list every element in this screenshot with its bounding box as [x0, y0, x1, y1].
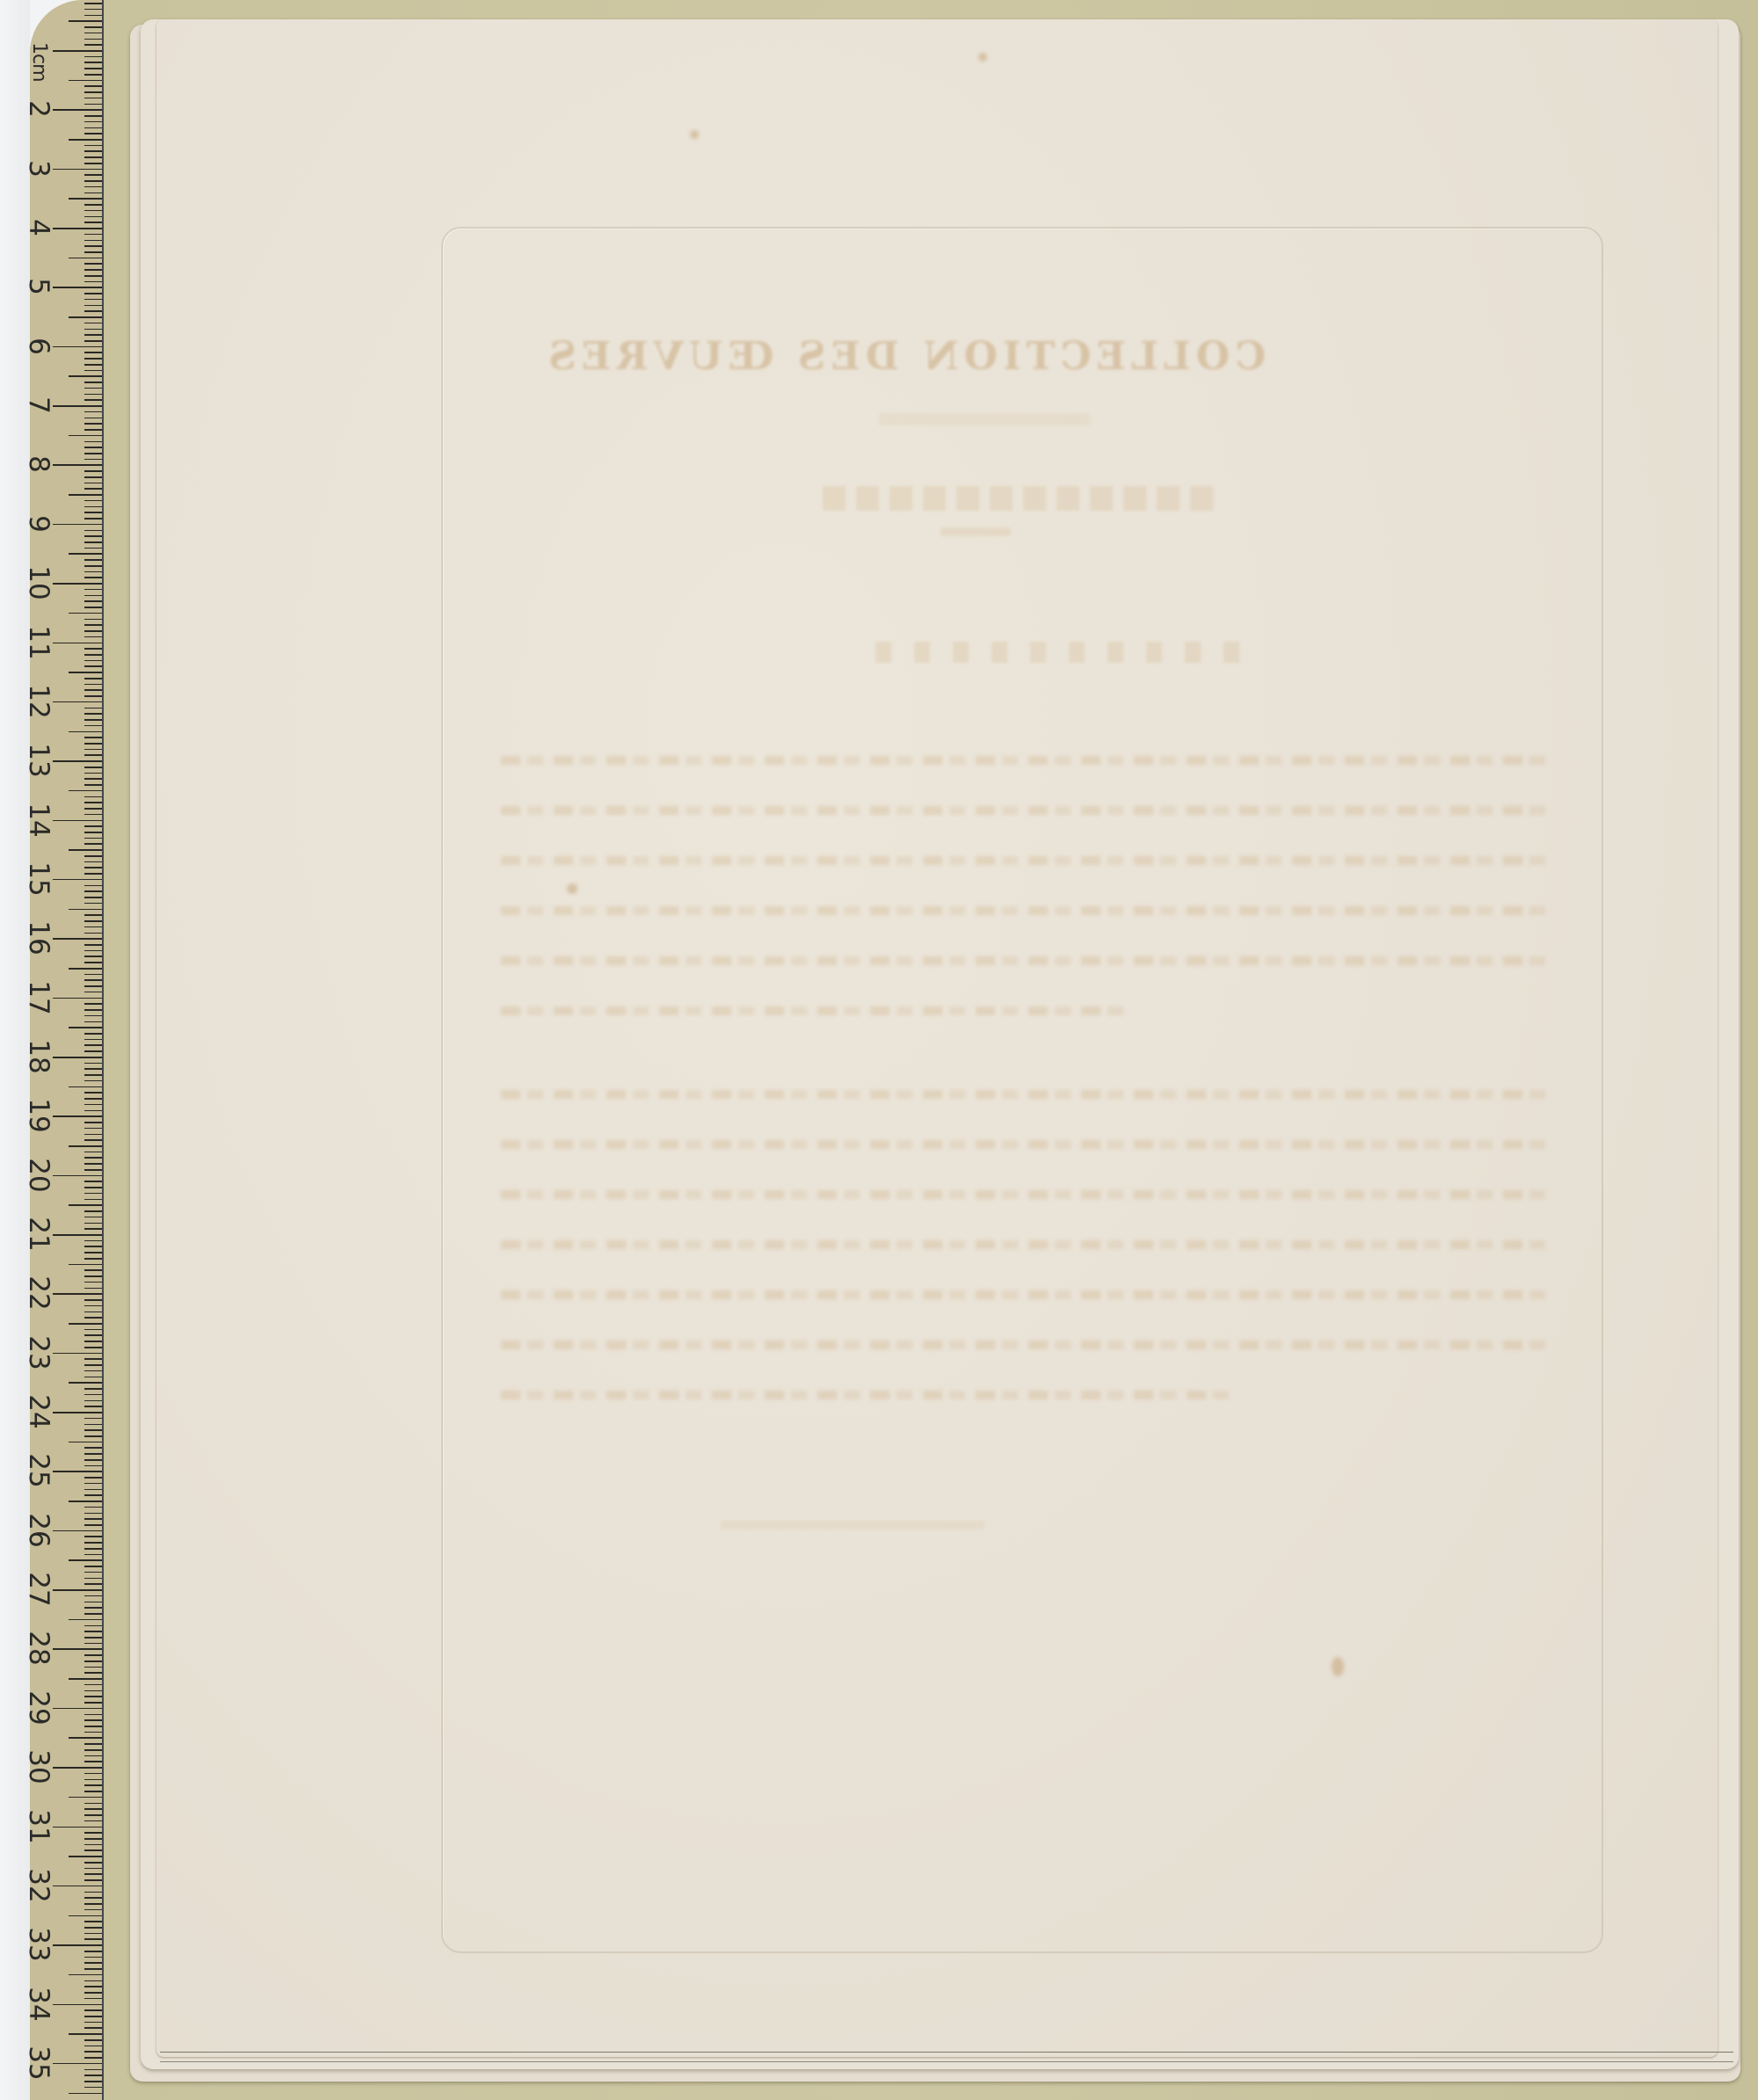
ruler-tick — [84, 548, 102, 549]
ruler-tick — [84, 2016, 102, 2017]
ruler-tick — [84, 1957, 102, 1958]
ruler-label: 19 — [19, 1096, 58, 1135]
ruler-tick — [84, 305, 102, 307]
ruler-tick — [84, 1849, 102, 1851]
ruler-tick — [84, 33, 102, 34]
ruler-tick — [53, 524, 102, 526]
ruler-tick — [84, 1139, 102, 1141]
ruler-tick — [84, 1602, 102, 1603]
ruler-tick — [53, 1293, 102, 1295]
ruler-label: 9 — [19, 505, 58, 543]
ruler-tick — [84, 364, 102, 366]
ruler-tick — [84, 447, 102, 448]
ruler-tick — [53, 1886, 102, 1887]
ruler-tick — [84, 245, 102, 247]
ruler-tick — [84, 488, 102, 490]
ruler-tick — [84, 423, 102, 425]
bleed-through-paragraph-2 — [501, 1090, 1547, 1441]
ruler-tick — [84, 174, 102, 176]
ruler-tick — [84, 334, 102, 336]
ruler-tick — [84, 1098, 102, 1100]
ruler-tick — [84, 44, 102, 46]
ruler-tick — [84, 530, 102, 532]
ruler-tick — [84, 1074, 102, 1076]
ruler-tick — [84, 689, 102, 691]
ruler-tick — [84, 352, 102, 353]
ruler-tick — [84, 784, 102, 786]
ruler-tick — [84, 778, 102, 780]
ruler-tick — [84, 754, 102, 756]
ruler-tick — [84, 1341, 102, 1342]
ruler-label: 2 — [19, 90, 58, 128]
ruler-tick — [84, 855, 102, 857]
ruler-tick — [84, 838, 102, 839]
ruler-tick — [53, 1057, 102, 1058]
ruler-tick — [84, 1210, 102, 1212]
ruler-tick — [84, 713, 102, 715]
ruler-tick — [84, 1223, 102, 1224]
ruler-tick — [84, 725, 102, 727]
ruler-tick — [84, 535, 102, 537]
ruler-tick — [84, 1820, 102, 1822]
ruler-tick — [53, 1589, 102, 1591]
ruler-tick — [84, 1063, 102, 1065]
ruler-tick — [84, 85, 102, 87]
ruler-tick — [84, 62, 102, 63]
ruler-tick — [84, 1122, 102, 1123]
ruler-tick — [84, 1554, 102, 1556]
ruler-tick — [84, 678, 102, 679]
ruler-tick — [84, 1252, 102, 1253]
ruler-tick — [69, 80, 102, 82]
ruler-tick — [84, 1110, 102, 1112]
ruler-tick — [84, 890, 102, 892]
foxing-spot — [690, 130, 699, 139]
ruler-tick — [84, 1732, 102, 1733]
ruler-tick — [69, 1797, 102, 1798]
ruler-tick — [84, 1193, 102, 1195]
ruler-tick — [84, 1702, 102, 1704]
ruler-tick — [84, 68, 102, 69]
ruler-tick — [69, 1678, 102, 1680]
ruler-tick — [84, 1157, 102, 1159]
ruler-tick — [84, 1714, 102, 1716]
ruler-tick — [69, 494, 102, 496]
ruler-tick — [84, 665, 102, 667]
ruler-tick — [84, 1429, 102, 1431]
ruler-tick — [84, 56, 102, 58]
ruler-tick — [84, 269, 102, 271]
ruler-tick — [84, 1015, 102, 1017]
ruler-tick — [84, 2009, 102, 2011]
ruler-tick — [84, 897, 102, 898]
ruler-tick — [69, 731, 102, 733]
ruler-tick — [84, 1424, 102, 1426]
ruler-tick — [84, 1625, 102, 1627]
ruler-tick — [53, 169, 102, 171]
ruler-tick — [84, 1773, 102, 1775]
ruler-tick — [84, 1933, 102, 1935]
ruler-tick — [84, 145, 102, 147]
ruler-tick — [84, 163, 102, 164]
ruler-tick — [84, 263, 102, 265]
ruler-tick — [84, 1489, 102, 1491]
ruler-tick — [69, 1974, 102, 1976]
ruler-tick — [84, 985, 102, 987]
ruler-tick — [84, 843, 102, 845]
ruler-tick — [69, 1145, 102, 1147]
ruler-tick — [84, 1418, 102, 1420]
ruler-tick — [84, 1761, 102, 1762]
ruler-tick — [84, 133, 102, 134]
ruler-tick — [84, 1980, 102, 1982]
ruler-tick — [69, 1382, 102, 1384]
ruler-tick — [53, 405, 102, 407]
ruler-tick — [84, 559, 102, 561]
ruler-tick — [69, 2093, 102, 2095]
ruler-tick — [53, 1648, 102, 1650]
ruler-label: 12 — [19, 682, 58, 721]
ruler-tick — [53, 879, 102, 881]
ruler-tick — [53, 109, 102, 111]
ruler-tick — [84, 222, 102, 223]
ruler-label: 8 — [19, 445, 58, 483]
ruler-tick — [84, 1039, 102, 1041]
ruler-label: 29 — [19, 1689, 58, 1727]
ruler-tick — [84, 1726, 102, 1727]
ruler-tick — [84, 1654, 102, 1656]
ruler-tick — [84, 1892, 102, 1893]
ruler-tick — [84, 1152, 102, 1153]
ruler-tick — [84, 708, 102, 709]
ruler-tick — [84, 399, 102, 401]
ruler-tick — [69, 1915, 102, 1917]
ruler-tick — [84, 684, 102, 686]
ruler-tick — [84, 1068, 102, 1070]
ruler-tick — [53, 346, 102, 348]
ruler-tick — [84, 500, 102, 502]
ruler-tick — [69, 968, 102, 970]
ruler-tick — [84, 1927, 102, 1929]
ruler-tick — [53, 1412, 102, 1413]
ruler-label: 21 — [19, 1215, 58, 1253]
ruler-tick — [84, 2087, 102, 2089]
bleed-through-footer — [721, 1521, 984, 1530]
ruler-tick — [84, 962, 102, 963]
ruler-tick — [69, 1737, 102, 1739]
ruler-tick — [53, 1353, 102, 1355]
ruler-tick — [84, 216, 102, 218]
ruler-tick — [84, 1406, 102, 1407]
ruler-tick — [84, 150, 102, 152]
ruler-tick — [84, 441, 102, 443]
ruler-label: 28 — [19, 1629, 58, 1668]
bleed-through-paragraph-1 — [501, 756, 1547, 1057]
ruler-tick — [84, 1808, 102, 1810]
ruler-tick — [84, 418, 102, 419]
ruler-tick — [84, 1299, 102, 1301]
ruler-tick — [84, 654, 102, 656]
ruler-tick — [84, 127, 102, 129]
ruler-tick — [84, 411, 102, 413]
ruler-tick — [84, 186, 102, 188]
ruler-tick — [84, 660, 102, 662]
ruler-tick — [69, 258, 102, 259]
ruler-label: 3 — [19, 149, 58, 188]
ruler-tick — [84, 814, 102, 816]
ruler-tick — [84, 1755, 102, 1757]
ruler-tick — [53, 2004, 102, 2006]
ruler-tick — [84, 1050, 102, 1052]
ruler-tick — [84, 1453, 102, 1455]
ruler-tick — [84, 1370, 102, 1372]
ruler-label: 34 — [19, 1985, 58, 2024]
ruler-tick — [84, 1275, 102, 1277]
ruler-tick — [84, 115, 102, 117]
ruler-tick — [84, 1921, 102, 1922]
ruler-tick — [84, 476, 102, 478]
ruler-tick — [84, 577, 102, 578]
ruler-tick — [84, 15, 102, 17]
ruler-tick — [84, 1524, 102, 1526]
ruler-tick — [84, 1814, 102, 1816]
ruler-tick — [84, 323, 102, 324]
ruler-tick — [84, 861, 102, 863]
ruler-tick — [69, 435, 102, 437]
ruler-tick — [69, 198, 102, 200]
ruler-tick — [84, 104, 102, 105]
ruler-tick — [84, 1548, 102, 1550]
ruler-tick — [69, 375, 102, 377]
ruler-tick — [84, 453, 102, 454]
ruler-tick — [84, 1305, 102, 1307]
ruler-label: 23 — [19, 1333, 58, 1372]
ruler-tick — [69, 553, 102, 555]
ruler-tick — [84, 624, 102, 626]
ruler-tick — [69, 790, 102, 792]
ruler-label: 13 — [19, 741, 58, 780]
ruler-tick — [84, 1477, 102, 1479]
ruler-label: 22 — [19, 1274, 58, 1312]
ruler-tick — [84, 299, 102, 301]
ruler-tick — [53, 1827, 102, 1828]
ruler-label: 6 — [19, 327, 58, 366]
ruler-tick — [84, 1288, 102, 1290]
ruler-tick — [69, 139, 102, 141]
ruler-tick — [84, 1862, 102, 1864]
ruler-label: 32 — [19, 1866, 58, 1905]
ruler-tick — [69, 1204, 102, 1206]
ruler-tick — [84, 2039, 102, 2041]
ruler-tick — [84, 743, 102, 745]
ruler-tick — [84, 974, 102, 976]
ruler-tick — [84, 429, 102, 431]
ruler-tick — [84, 381, 102, 383]
ruler-tick — [84, 1803, 102, 1805]
ruler-tick — [84, 2081, 102, 2082]
ruler-label: 33 — [19, 1925, 58, 1964]
ruler-tick — [84, 1968, 102, 1970]
ruler-tick — [84, 1044, 102, 1046]
ruler-tick — [84, 979, 102, 981]
ruler-tick — [53, 1530, 102, 1532]
ruler-tick — [84, 796, 102, 798]
ruler-tick — [84, 358, 102, 360]
ruler-tick — [84, 518, 102, 520]
ruler-tick — [84, 595, 102, 597]
ruler-tick — [84, 2027, 102, 2029]
ruler-tick — [69, 849, 102, 851]
ruler-label: 17 — [19, 978, 58, 1017]
ruler-tick — [53, 1708, 102, 1710]
ruler-tick — [84, 1667, 102, 1668]
ruler-tick — [84, 1003, 102, 1005]
ruler-tick — [84, 1009, 102, 1011]
ruler-tick — [53, 701, 102, 703]
ruler-tick — [84, 773, 102, 774]
ruler-tick — [84, 933, 102, 934]
ruler-tick — [84, 1838, 102, 1840]
ruler-tick — [84, 867, 102, 868]
ruler-tick — [84, 1134, 102, 1136]
sheet-bottom-edge — [160, 2052, 1733, 2062]
ruler-tick — [69, 1619, 102, 1621]
ruler-tick — [84, 885, 102, 887]
ruler-tick — [84, 607, 102, 608]
ruler-tick — [53, 1115, 102, 1117]
ruler-tick — [84, 275, 102, 277]
ruler-tick — [84, 1317, 102, 1319]
ruler-tick — [84, 903, 102, 905]
ruler-tick — [84, 1258, 102, 1260]
ruler-tick — [84, 210, 102, 212]
ruler-tick — [84, 2046, 102, 2047]
bleed-through-subtitle — [879, 413, 1090, 425]
ruler-tick — [84, 1962, 102, 1964]
ruler-tick — [84, 1903, 102, 1905]
ruler-tick — [84, 1377, 102, 1378]
ruler-tick — [69, 20, 102, 22]
ruler-tick — [53, 1175, 102, 1177]
ruler-tick — [84, 1033, 102, 1035]
ruler-tick — [84, 370, 102, 372]
ruler-label: 5 — [19, 267, 58, 306]
ruler-tick — [53, 464, 102, 466]
bleed-through-heading — [861, 642, 1239, 663]
ruler-tick — [84, 1672, 102, 1674]
ruler-tick — [84, 1465, 102, 1467]
ruler-label: 7 — [19, 386, 58, 425]
ruler-tick — [84, 1909, 102, 1911]
ruler-tick — [53, 938, 102, 940]
ruler-tick — [84, 1784, 102, 1786]
ruler-tick — [84, 825, 102, 827]
ruler-tick — [84, 1518, 102, 1520]
ruler-tick — [69, 672, 102, 673]
ruler-tick — [84, 1435, 102, 1437]
bleed-through-title: COLLECTION DES ŒUVRES — [703, 334, 1266, 379]
ruler-tick — [84, 1459, 102, 1461]
ruler-tick — [84, 1696, 102, 1697]
ruler-tick — [84, 156, 102, 158]
foxing-spot — [978, 53, 987, 62]
ruler-tick — [84, 121, 102, 123]
ruler-tick — [69, 316, 102, 318]
ruler-tick — [84, 920, 102, 922]
bleed-through-author-line — [817, 486, 1213, 511]
ruler-tick — [84, 329, 102, 331]
foxing-spot — [1332, 1657, 1344, 1676]
ruler-tick — [84, 1494, 102, 1496]
ruler-label: 25 — [19, 1451, 58, 1490]
ruler-tick — [84, 1791, 102, 1792]
ruler-tick — [84, 1394, 102, 1396]
ruler-tick — [53, 1767, 102, 1769]
ruler-tick — [53, 2063, 102, 2065]
ruler-tick — [84, 1329, 102, 1331]
ruler-tick — [84, 737, 102, 738]
ruler-tick — [84, 1483, 102, 1485]
ruler-tick — [84, 388, 102, 389]
ruler-tick — [84, 541, 102, 543]
ruler-tick — [84, 1181, 102, 1182]
ruler-tick — [84, 1269, 102, 1271]
ruler-tick — [84, 1228, 102, 1230]
ruler-tick — [53, 1234, 102, 1236]
ruler-tick — [53, 287, 102, 288]
ruler-tick — [84, 1447, 102, 1449]
ruler-tick — [84, 600, 102, 602]
ruler-label: 24 — [19, 1392, 58, 1431]
ruler-tick — [84, 459, 102, 461]
ruler-tick — [84, 1217, 102, 1218]
ruler-tick — [84, 1873, 102, 1875]
ruler-tick — [84, 1938, 102, 1940]
ruler-tick — [53, 1944, 102, 1946]
ruler-label: 27 — [19, 1570, 58, 1609]
ruler-tick — [84, 832, 102, 833]
ruler-label: 10 — [19, 563, 58, 602]
ruler-tick — [84, 1246, 102, 1247]
ruler-tick — [84, 926, 102, 928]
ruler-label: 35 — [19, 2044, 58, 2082]
ruler-tick — [84, 483, 102, 484]
ruler-tick — [84, 1199, 102, 1201]
ruler-tick — [69, 1264, 102, 1266]
ruler-tick — [84, 91, 102, 93]
ruler-tick — [53, 583, 102, 585]
ruler-tick — [84, 992, 102, 993]
ruler-tick — [53, 820, 102, 822]
ruler-label: 26 — [19, 1511, 58, 1550]
ruler-tick — [84, 630, 102, 632]
bleed-through-rule — [941, 527, 1011, 536]
ruler-tick — [84, 1743, 102, 1745]
ruler-tick — [84, 234, 102, 236]
ruler-tick — [84, 802, 102, 803]
ruler-tick — [84, 1507, 102, 1508]
ruler-tick — [69, 2033, 102, 2035]
ruler-label: 14 — [19, 801, 58, 839]
ruler-tick — [53, 760, 102, 762]
ruler-tick — [69, 1442, 102, 1443]
ruler-tick — [84, 873, 102, 875]
ruler-tick — [69, 1086, 102, 1088]
foxing-spot — [567, 883, 578, 894]
ruler-tick — [84, 1578, 102, 1580]
ruler-tick — [84, 1844, 102, 1846]
ruler-tick — [84, 1868, 102, 1870]
